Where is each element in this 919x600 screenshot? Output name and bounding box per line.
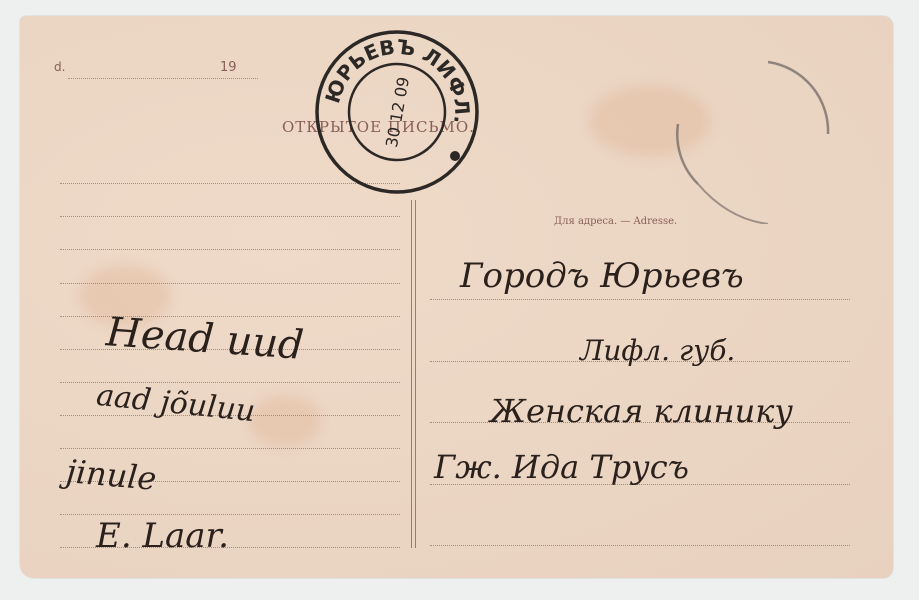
postmark-date: 30 12 09 [382,75,413,148]
postmark-stamp: ЮРЬЕВЪ ЛИФЛ. 30 12 09 [313,28,481,196]
message-line [60,514,400,515]
address-line-3: Женская клинику [490,392,793,430]
address-label: Для адреса. — Adresse. [554,216,677,227]
address-line-2: Лифл. губ. [580,334,735,367]
age-stain [250,396,320,446]
address-line-1: Городъ Юрьевъ [460,256,744,296]
message-line [60,448,400,449]
address-line [430,545,850,546]
message-signature: E. Laar. [96,516,229,556]
postmark-star-icon [450,151,460,161]
address-line-4: Гж. Ида Трусъ [434,448,689,486]
message-line-3: jinule [65,452,159,498]
address-line [430,299,850,300]
message-line [60,249,400,250]
date-prefix: d. [54,60,65,74]
faint-postmark [668,54,838,224]
year-prefix: 19 [220,60,237,75]
message-line [60,283,400,284]
message-line-1: Head uud [105,309,306,369]
message-line-2: aad jõuluu [95,378,257,429]
message-line [60,216,400,217]
center-divider [411,200,416,548]
date-dotted-line [68,78,258,79]
